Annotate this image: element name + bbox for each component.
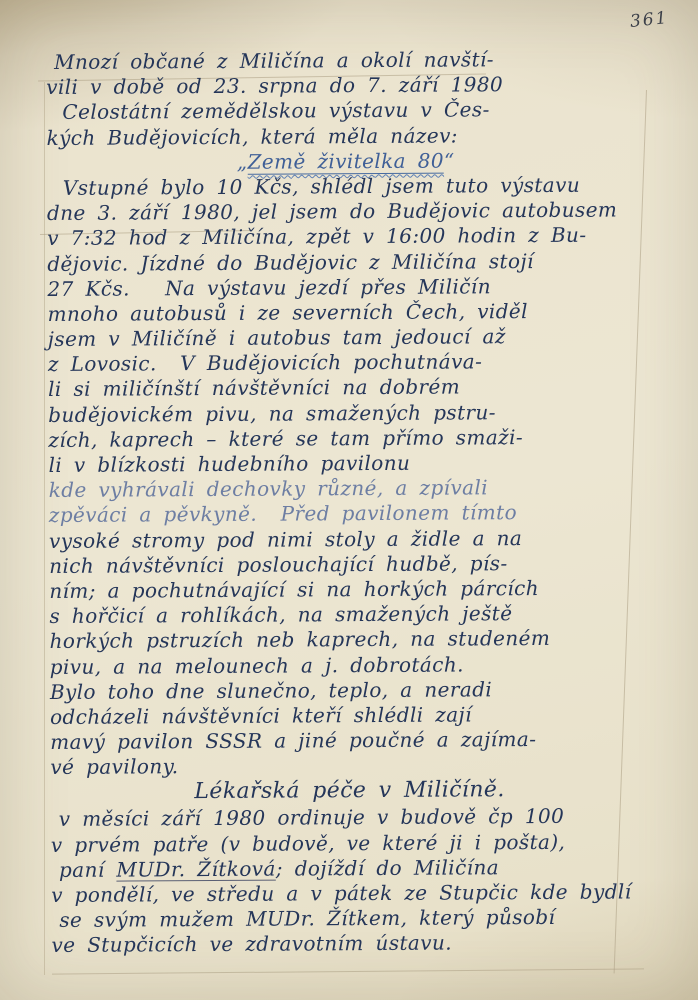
pencil-guideline-bottom (52, 968, 644, 974)
medical-section-heading: Lékařská péče v Miličíně. (50, 777, 648, 808)
handwritten-line: 27 Kčs. Na výstavu jezdí přes Miličín (47, 273, 645, 302)
handwritten-line: ním; a pochutnávající si na horkých párc… (49, 575, 647, 604)
handwritten-line: Mnozí občané z Miličína a okolí navští- (46, 46, 644, 75)
pencil-margin-left (44, 82, 45, 975)
handwritten-line: zpěváci a pěvkyně. Před pavilonem tímto (49, 500, 647, 529)
handwritten-line: mnoho autobusů i ze severních Čech, vidě… (48, 298, 646, 327)
handwritten-line: budějovickém pivu, na smažených pstru- (48, 399, 646, 428)
handwritten-line: nich návštěvníci poslouchající hudbě, pí… (49, 550, 647, 579)
exhibition-title-text: Země živitelka 80 (247, 148, 444, 174)
handwritten-line: odcházeli návštěvníci kteří shlédli zají (50, 701, 648, 730)
handwritten-text-column: Mnozí občané z Miličína a okolí navští- … (46, 46, 650, 958)
page-number: 361 (629, 8, 669, 32)
exhibition-title-open-quote: „ (237, 150, 248, 174)
handwritten-line: s hořčicí a rohlíkách, na smažených ješt… (49, 600, 647, 629)
handwritten-line: vysoké stromy pod nimi stoly a židle a n… (49, 525, 647, 554)
chronicle-page: 361 Mnozí občané z Miličína a okolí navš… (0, 0, 698, 1000)
handwritten-line: dne 3. září 1980, jel jsem do Budějovic … (47, 197, 645, 226)
exhibition-title: „Země živitelka 80“ (47, 147, 645, 176)
handwritten-line: zích, kaprech – které se tam přímo smaži… (48, 424, 646, 453)
doctor-line-post: ; dojíždí do Miličína (276, 855, 499, 880)
handwritten-line: horkých pstruzích neb kaprech, na studen… (50, 626, 648, 655)
handwritten-line: jsem v Miličíně i autobus tam jedoucí až (48, 323, 646, 352)
handwritten-line: v 7:32 hod z Miličína, zpět v 16:00 hodi… (47, 223, 645, 252)
handwritten-line: vili v době od 23. srpna do 7. září 1980 (46, 72, 644, 101)
doctor-name-underlined: MUDr. Žítková (116, 856, 276, 881)
handwritten-line: li si miličínští návštěvníci na dobrém (48, 374, 646, 403)
handwritten-line: Vstupné bylo 10 Kčs, shlédl jsem tuto vý… (47, 172, 645, 201)
handwritten-line: ve Stupčicích ve zdravotním ústavu. (51, 930, 649, 959)
handwritten-line: mavý pavilon SSSR a jiné poučné a zajíma… (50, 726, 648, 755)
handwritten-line: pivu, a na melounech a j. dobrotách. (50, 651, 648, 680)
handwritten-line: v pondělí, ve středu a v pátek ze Stupči… (51, 879, 649, 908)
handwritten-line: Bylo toho dne slunečno, teplo, a neradi (50, 676, 648, 705)
exhibition-title-close-quote: “ (444, 148, 455, 172)
doctor-line-pre: paní (59, 857, 117, 881)
handwritten-line: Celostátní zemědělskou výstavu v Čes- (46, 97, 644, 126)
handwritten-line: vé pavilony. (50, 752, 648, 781)
handwritten-line: se svým mužem MUDr. Žítkem, který působí (51, 905, 649, 934)
handwritten-line: z Lovosic. V Budějovicích pochutnáva- (48, 349, 646, 378)
handwritten-line: kde vyhrávali dechovky různé, a zpívali (49, 475, 647, 504)
handwritten-line: v měsíci září 1980 ordinuje v budově čp … (51, 804, 649, 833)
handwritten-line: dějovic. Jízdné do Budějovic z Miličína … (47, 248, 645, 277)
handwritten-line: li v blízkosti hudebního pavilonu (48, 449, 646, 478)
handwritten-line: kých Budějovicích, která měla název: (46, 122, 644, 151)
handwritten-line-doctor: paní MUDr. Žítková; dojíždí do Miličína (51, 854, 649, 883)
handwritten-line: v prvém patře (v budově, ve které ji i p… (51, 829, 649, 858)
